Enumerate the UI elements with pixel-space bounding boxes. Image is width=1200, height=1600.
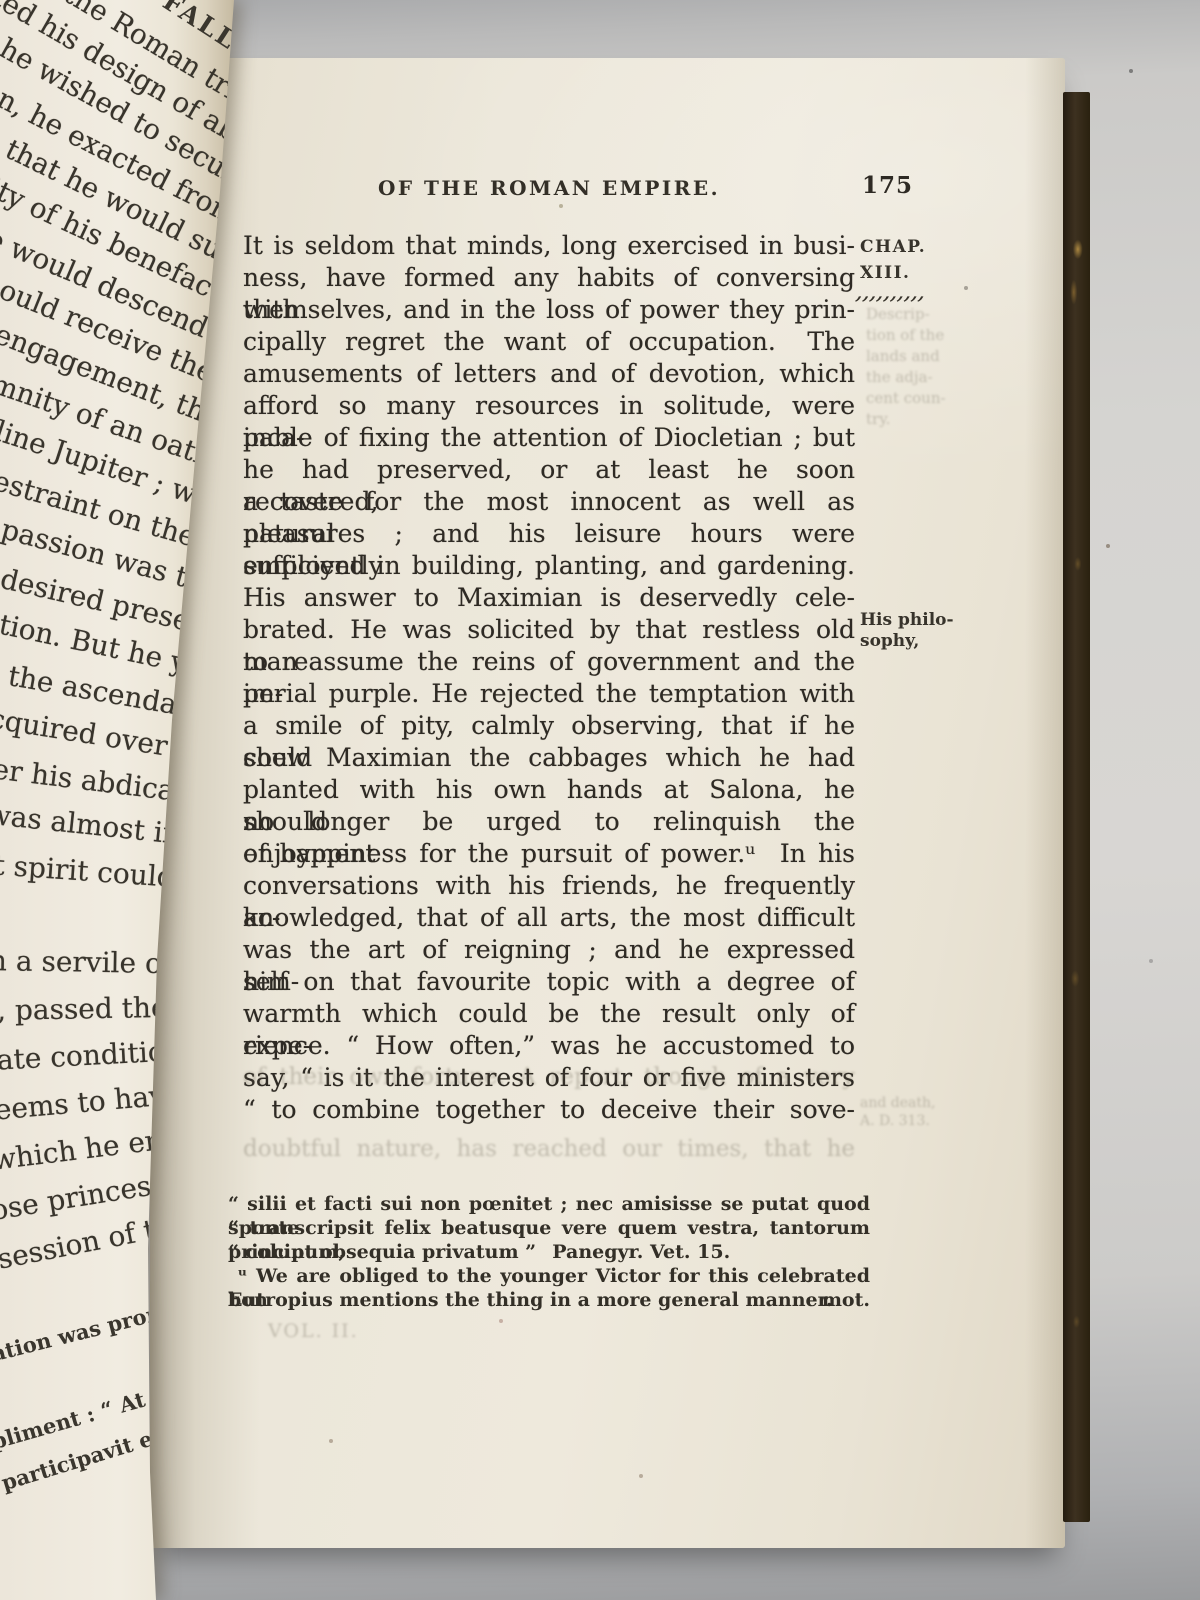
body-text-line: themselves, and in the loss of power the… (243, 294, 855, 326)
body-text-line: a taste for the most innocent as well as… (243, 486, 855, 518)
show-through-date-note: and death,A. D. 313. (860, 1094, 970, 1130)
show-through-margin-line: Descrip- (866, 304, 976, 325)
body-text-line: warmth which could be the result only of… (243, 998, 855, 1030)
facing-body-lines: endour of the Roman trieditated his desi… (0, 62, 240, 1238)
body-text-line: shew Maximian the cabbages which he had (243, 742, 855, 774)
body-text-line: rience. “ How often,” was he accustomed … (243, 1030, 855, 1062)
body-text-line: His answer to Maximian is deservedly cel… (243, 582, 855, 614)
side-note-line: His philo- (860, 610, 970, 631)
body-text-line: a smile of pity, calmly observing, that … (243, 710, 855, 742)
page-number: 175 (862, 172, 913, 199)
body-text-line: employed in building, planting, and gard… (243, 550, 855, 582)
body-text-line: to reassume the reins of government and … (243, 646, 855, 678)
body-text-line: knowledged, that of all arts, the most d… (243, 902, 855, 934)
body-text-line: self on that favourite topic with a degr… (243, 966, 855, 998)
dust-specks (0, 0, 2, 2)
body-text-line: conversations with his friends, he frequ… (243, 870, 855, 902)
chapter-heading-line: CHAP. (860, 234, 926, 260)
show-through-margin-line: tion of the (866, 325, 976, 346)
body-text-line: ness, have formed any habits of conversi… (243, 262, 855, 294)
side-note-line: sophy, (860, 631, 970, 652)
body-text-line: “ to combine together to deceive their s… (243, 1094, 855, 1126)
chapter-heading-line: XIII. (860, 260, 926, 286)
body-text-line: perial purple. He rejected the temptatio… (243, 678, 855, 710)
facing-page: E DECLINE AND FALL endour of the Roman t… (0, 0, 240, 1600)
show-through-date-line: and death, (860, 1094, 970, 1112)
footnote-line: “ silii et facti sui non pœnitet ; nec a… (228, 1192, 870, 1216)
body-text-line: he had preserved, or at least he soon re… (243, 454, 855, 486)
leather-binding-edge (1063, 92, 1090, 1522)
body-text-line: no longer be urged to relinquish the enj… (243, 806, 855, 838)
show-through-margin-line: cent coun- (866, 388, 976, 409)
running-title: OF THE ROMAN EMPIRE. (243, 176, 855, 200)
body-text-column: It is seldom that minds, long exercised … (243, 230, 855, 1126)
footnote-line: Eutropius mentions the thing in a more g… (228, 1288, 870, 1312)
body-text-line: pleasures ; and his leisure hours were s… (243, 518, 855, 550)
chapter-dotted-rule: ,,,,,,,,,, (854, 284, 932, 304)
show-through-margin-line: the adja- (866, 367, 976, 388)
body-text-line: brated. He was solicited by that restles… (243, 614, 855, 646)
show-through-margin-note: Descrip-tion of thelands andthe adja-cen… (866, 304, 976, 430)
show-through-line-1: of their own fortune. A report, though o… (243, 1064, 855, 1090)
show-through-margin-line: try. (866, 409, 976, 430)
footnote-line: “ transcripsit felix beatusque vere quem… (228, 1216, 870, 1240)
body-text-line: It is seldom that minds, long exercised … (243, 230, 855, 262)
chapter-heading: CHAP.XIII. (860, 234, 926, 286)
show-through-margin-line: lands and (866, 346, 976, 367)
book-photo: OF THE ROMAN EMPIRE. 175 It is seldom th… (0, 0, 1200, 1600)
facing-body-line: throne, passed the nine (0, 986, 238, 1036)
body-text-line: afford so many resources in solitude, we… (243, 390, 855, 422)
footnote-line: ᵘ We are obliged to the younger Victor f… (228, 1264, 870, 1288)
body-text-line: was the art of reigning ; and he express… (243, 934, 855, 966)
body-text-line: pable of fixing the attention of Dioclet… (243, 422, 855, 454)
footnote-line: “ colunt obsequia privatum ” Panegyr. Ve… (228, 1240, 870, 1264)
body-text-line: cipally regret the want of occupation. T… (243, 326, 855, 358)
facing-body-line: rom a servile origin, (0, 936, 238, 986)
show-through-date-line: A. D. 313. (860, 1112, 970, 1130)
show-through-line-2: doubtful nature, has reached our times, … (243, 1136, 855, 1162)
side-note-his-philosophy: His philo-sophy, (860, 610, 970, 652)
footnotes: “ silii et facti sui non pœnitet ; nec a… (228, 1192, 870, 1312)
body-text-line: planted with his own hands at Salona, he… (243, 774, 855, 806)
facing-page-wrap: E DECLINE AND FALL endour of the Roman t… (0, 0, 300, 1600)
body-text-line: amusements of letters and of devotion, w… (243, 358, 855, 390)
facing-footnotes: . The oration was pronounceurple.fine co… (0, 1280, 240, 1440)
facing-page-text: E DECLINE AND FALL endour of the Roman t… (0, 6, 240, 1440)
body-text-line: of happiness for the pursuit of power.ᵘ … (243, 838, 855, 870)
